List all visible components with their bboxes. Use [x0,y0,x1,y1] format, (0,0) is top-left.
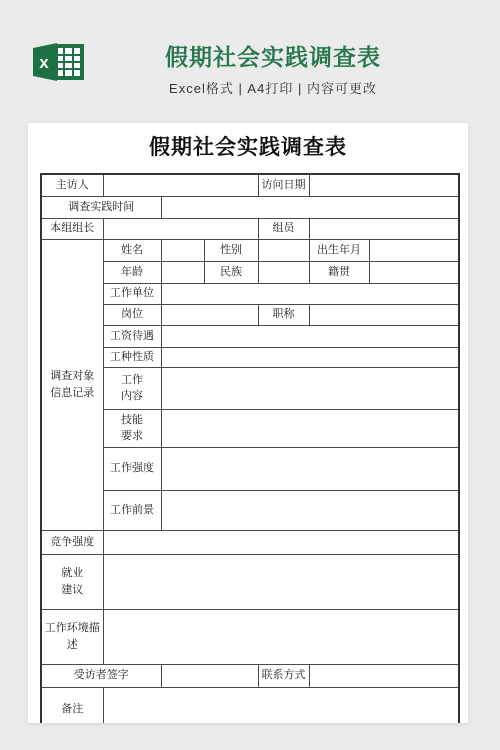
survey-time-input[interactable] [161,196,459,218]
visit-date-input[interactable] [309,174,459,196]
field-label-interviewer: 主访人 [41,174,103,196]
skill-requirement-input[interactable] [161,409,459,447]
document-page: 假期社会实践调查表 主访人 访问日期 调查实践时间 本组 [28,123,468,723]
interviewer-input[interactable] [103,174,258,196]
field-label-contact: 联系方式 [258,664,309,687]
field-label-work-type: 工种性质 [103,347,161,367]
field-label-salary: 工资待遇 [103,325,161,347]
field-label-work-environment: 工作环境描 述 [41,609,103,664]
field-label-skill-requirement: 技能 要求 [103,409,161,447]
excel-icon-letter: x [39,53,49,72]
group-leader-input[interactable] [103,218,258,239]
name-input[interactable] [161,239,204,261]
field-label-native-place: 籍贯 [309,261,369,283]
excel-icon: x [31,42,85,82]
field-label-signature: 受访者签字 [41,664,161,687]
field-label-notes: 备注 [41,687,103,723]
field-label-job-title: 职称 [258,304,309,325]
work-intensity-input[interactable] [161,447,459,490]
field-label-gender: 性别 [204,239,258,261]
section-label-subject-info: 调查对象 信息记录 [41,239,103,530]
header: x 假期社会实践调查表 Excel格式 | A4打印 | 内容可更改 [0,0,500,123]
field-label-visit-date: 访问日期 [258,174,309,196]
header-text-block: 假期社会实践调查表 Excel格式 | A4打印 | 内容可更改 [105,44,441,97]
field-label-name: 姓名 [103,239,161,261]
field-label-birth-date: 出生年月 [309,239,369,261]
field-label-post: 岗位 [103,304,161,325]
field-label-age: 年龄 [103,261,161,283]
form-table: 主访人 访问日期 调查实践时间 本组组长 组员 调查对象 信息记录 [40,173,460,723]
work-content-input[interactable] [161,367,459,409]
field-label-group-member: 组员 [258,218,309,239]
job-title-input[interactable] [309,304,459,325]
field-label-group-leader: 本组组长 [41,218,103,239]
page-background: x 假期社会实践调查表 Excel格式 | A4打印 | 内容可更改 假期社会实… [0,0,500,750]
notes-input[interactable] [103,687,459,723]
field-label-work-intensity: 工作强度 [103,447,161,490]
field-label-work-prospect: 工作前景 [103,490,161,530]
signature-input[interactable] [161,664,258,687]
salary-input[interactable] [161,325,459,347]
field-label-competition: 竞争强度 [41,530,103,554]
work-prospect-input[interactable] [161,490,459,530]
native-place-input[interactable] [369,261,459,283]
field-label-work-content: 工作 内容 [103,367,161,409]
ethnicity-input[interactable] [258,261,309,283]
group-member-input[interactable] [309,218,459,239]
field-label-employment-advice: 就业 建议 [41,554,103,609]
post-input[interactable] [161,304,258,325]
gender-input[interactable] [258,239,309,261]
contact-input[interactable] [309,664,459,687]
field-label-ethnicity: 民族 [204,261,258,283]
form-title: 假期社会实践调查表 [28,134,468,160]
header-subtitle: Excel格式 | A4打印 | 内容可更改 [105,78,441,97]
competition-input[interactable] [103,530,459,554]
work-type-input[interactable] [161,347,459,367]
header-title: 假期社会实践调查表 [105,44,441,71]
birth-date-input[interactable] [369,239,459,261]
work-environment-input[interactable] [103,609,459,664]
work-unit-input[interactable] [161,283,459,304]
employment-advice-input[interactable] [103,554,459,609]
field-label-work-unit: 工作单位 [103,283,161,304]
age-input[interactable] [161,261,204,283]
field-label-survey-time: 调查实践时间 [41,196,161,218]
